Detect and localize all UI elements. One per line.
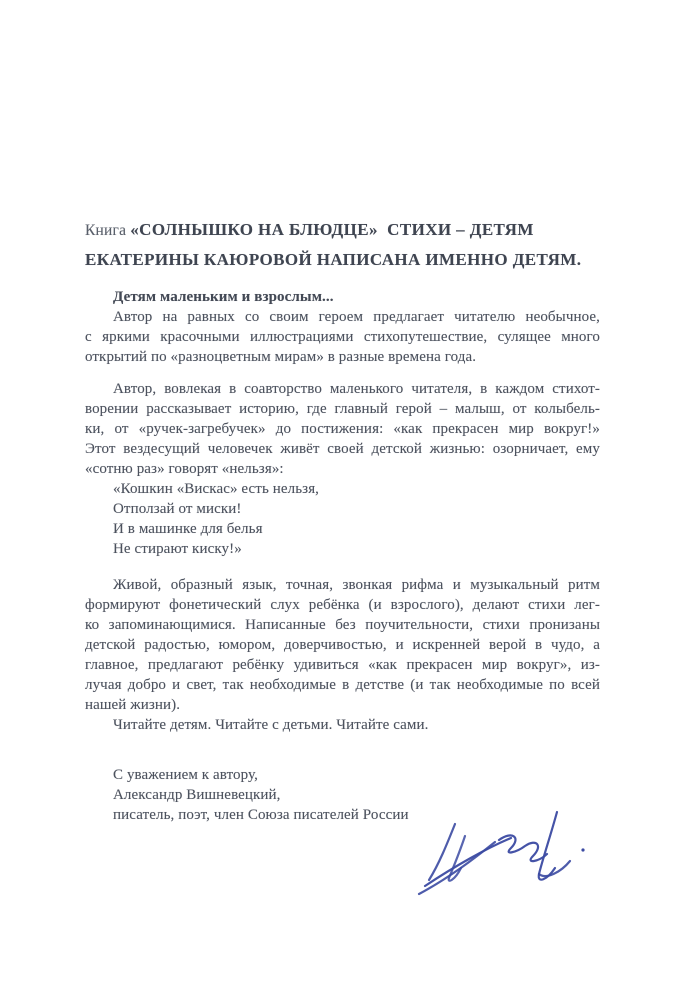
text-line: лучая добро и свет, так необходимые в де… — [85, 675, 600, 695]
text-line: ворении рассказывает историю, где главны… — [85, 399, 600, 419]
text-line: с яркими красочными иллюстрациями стихоп… — [85, 327, 600, 347]
text-line: И в машинке для белья — [113, 519, 600, 539]
text-line: Этот вездесущий человечек живёт своей де… — [85, 439, 600, 459]
paragraph-1: Автор на равных со своим героем предлага… — [85, 307, 600, 367]
text-line: главное, предлагают ребёнку удивиться «к… — [85, 655, 600, 675]
book-title-heading: Книга «СОЛНЫШКО НА БЛЮДЦЕ» СТИХИ – ДЕТЯМ… — [85, 215, 600, 274]
text-line: Александр Вишневецкий, — [113, 785, 600, 805]
text-line: Автор на равных со своим героем предлага… — [85, 307, 600, 327]
heading-line-1: Книга «СОЛНЫШКО НА БЛЮДЦЕ» СТИХИ – ДЕТЯМ — [85, 215, 600, 245]
heading-prefix: Книга — [85, 222, 130, 239]
text-block: Книга «СОЛНЫШКО НА БЛЮДЦЕ» СТИХИ – ДЕТЯМ… — [85, 215, 600, 825]
text-line: Отползай от миски! — [113, 499, 600, 519]
handwritten-signature — [415, 806, 600, 901]
text-line: ко запоминающимися. Написанные без поучи… — [85, 615, 600, 635]
verse-quote: «Кошкин «Вискас» есть нельзя,Отползай от… — [85, 479, 600, 559]
heading-title: «СОЛНЫШКО НА БЛЮДЦЕ» СТИХИ – ДЕТЯМ — [130, 220, 534, 239]
text-line: «сотню раз» говорят «нельзя»: — [85, 459, 600, 479]
text-line: ки, от «ручек-загребучек» до постижения:… — [85, 419, 600, 439]
text-line: Живой, образный язык, точная, звонкая ри… — [85, 575, 600, 595]
text-line: «Кошкин «Вискас» есть нельзя, — [113, 479, 600, 499]
paragraph-3: Живой, образный язык, точная, звонкая ри… — [85, 575, 600, 715]
text-line: С уважением к автору, — [113, 765, 600, 785]
scanned-document-page: Книга «СОЛНЫШКО НА БЛЮДЦЕ» СТИХИ – ДЕТЯМ… — [0, 0, 684, 1000]
text-line: нашей жизни). — [85, 695, 600, 715]
paragraph-2: Автор, вовлекая в соавторство маленького… — [85, 379, 600, 479]
text-line: Не стирают киску!» — [113, 539, 600, 559]
call-to-action-line: Читайте детям. Читайте с детьми. Читайте… — [85, 715, 600, 735]
text-line: открытий по «разноцветным мирам» в разны… — [85, 347, 600, 367]
dedication-line: Детям маленьким и взрослым... — [85, 287, 600, 307]
text-line: формируют фонетический слух ребёнка (и в… — [85, 595, 600, 615]
text-line: детской радостью, юмором, доверчивостью,… — [85, 635, 600, 655]
heading-line-2: ЕКАТЕРИНЫ КАЮРОВОЙ НАПИСАНА ИМЕННО ДЕТЯМ… — [85, 245, 600, 274]
text-line: Автор, вовлекая в соавторство маленького… — [85, 379, 600, 399]
